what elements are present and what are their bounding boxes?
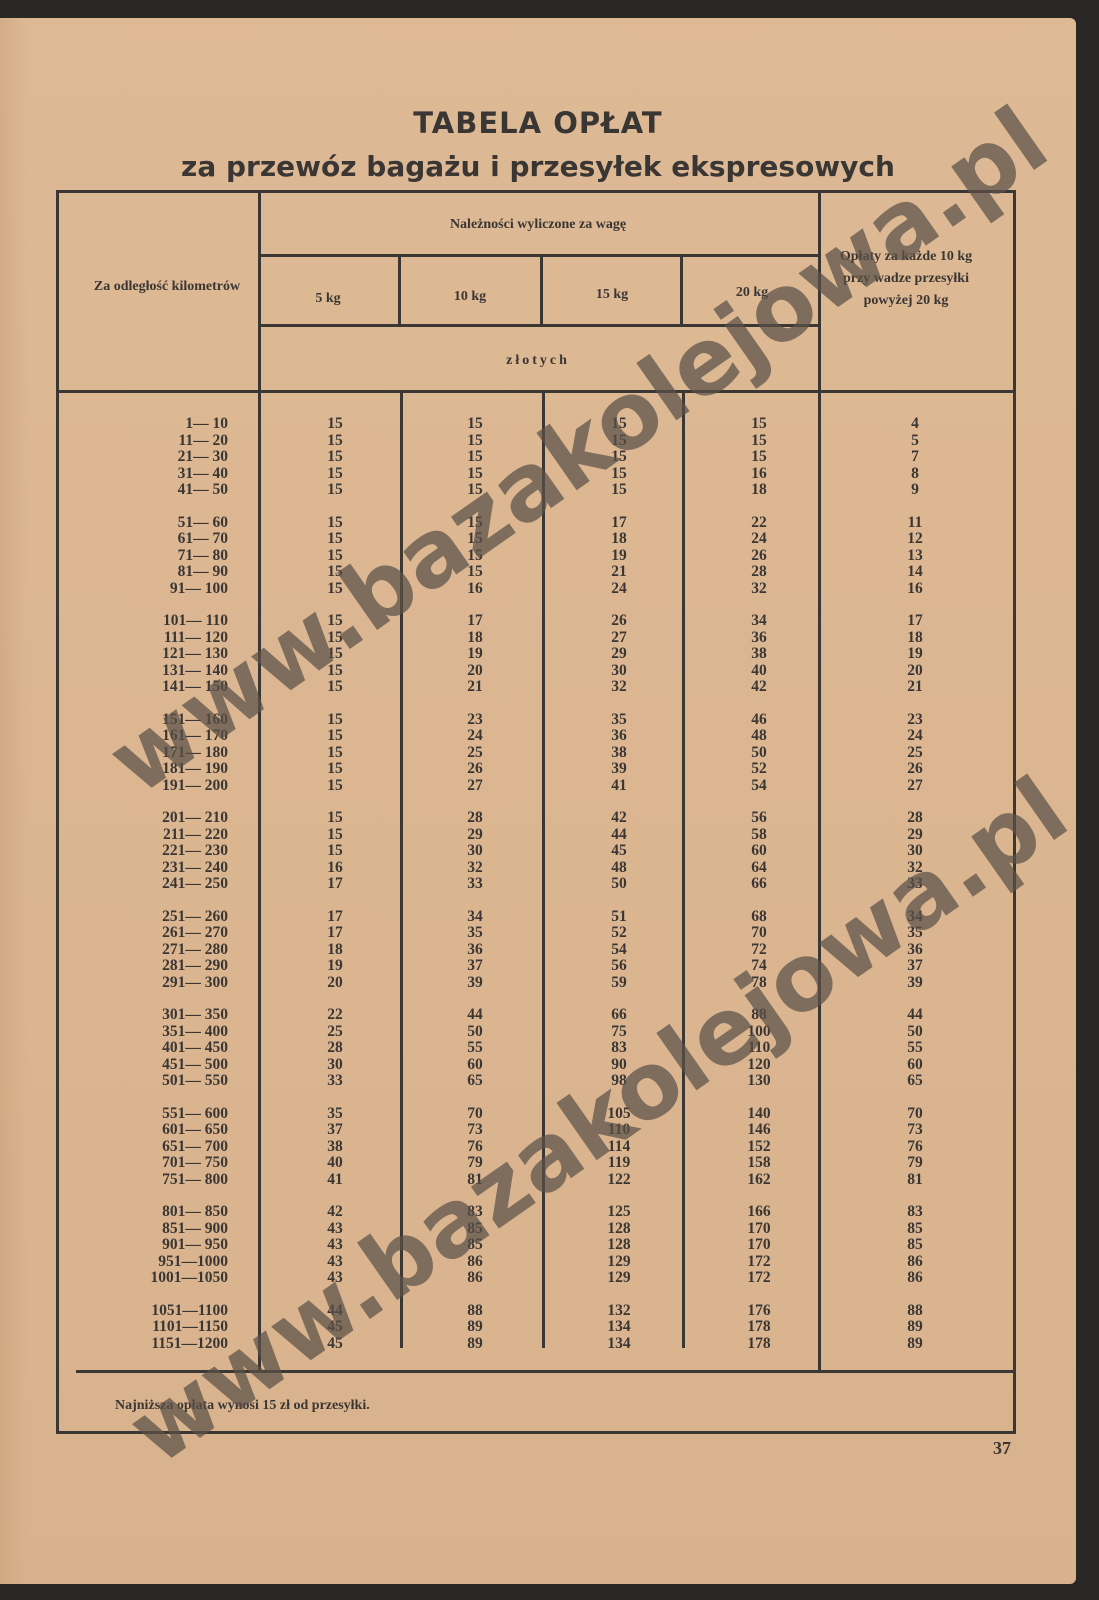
table-cell: 30 [880,843,950,860]
table-cell: 86 [440,1254,510,1271]
table-cell: 56 [724,810,794,827]
table-cell: 162 [724,1172,794,1189]
row-group: 1515151515 [300,712,370,795]
header-15kg: 15 kg [542,284,682,306]
table-cell: 120 [724,1057,794,1074]
table-cell: 42 [300,1204,370,1221]
table-cell: 15 [440,449,510,466]
table-cell: 9 [880,482,950,499]
header-10kg: 10 kg [400,286,540,308]
table-cell: 15 [300,827,370,844]
table-cell: 33 [440,876,510,893]
table-cell: 15 [584,416,654,433]
table-cell: 451— 500 [110,1057,228,1074]
table-cell: 89 [880,1336,950,1353]
table-cell: 15 [300,778,370,795]
row-group: 2225283033 [300,1007,370,1090]
table-cell: 16 [300,860,370,877]
table-cell: 58 [724,827,794,844]
row-group: 7073767981 [880,1106,950,1189]
table-cell: 101— 110 [110,613,228,630]
table-cell: 21 [440,679,510,696]
table-cell: 15 [300,761,370,778]
table-cell: 64 [724,860,794,877]
table-cell: 60 [724,843,794,860]
body-divider-10kg [542,393,545,1348]
table-cell: 11— 20 [110,433,228,450]
header-5kg: 5 kg [258,288,398,310]
table-cell: 66 [584,1007,654,1024]
table-cell: 28 [300,1040,370,1057]
table-cell: 15 [724,433,794,450]
table-cell: 551— 600 [110,1106,228,1123]
table-cell: 170 [724,1221,794,1238]
table-cell: 15 [584,466,654,483]
row-group: 3436384042 [724,613,794,696]
table-cell: 56 [584,958,654,975]
row-group: 140146152158162 [724,1106,794,1189]
row-group: 1515151515 [300,613,370,696]
table-cell: 52 [584,925,654,942]
row-group: 1515151515 [584,416,654,499]
table-cell: 25 [440,745,510,762]
table-cell: 85 [440,1237,510,1254]
table-cell: 20 [880,663,950,680]
col-divider-weights [818,190,821,1370]
row-group: 2324252627 [880,712,950,795]
table-cell: 15 [300,679,370,696]
table-cell: 26 [724,548,794,565]
table-cell: 85 [880,1221,950,1238]
row-group: 444545 [300,1303,370,1353]
table-cell: 19 [584,548,654,565]
row-group: 8385858686 [880,1204,950,1287]
table-cell: 15 [300,482,370,499]
table-cell: 140 [724,1106,794,1123]
table-cell: 39 [440,975,510,992]
table-cell: 16 [440,581,510,598]
table-cell: 86 [880,1254,950,1271]
table-cell: 90 [584,1057,654,1074]
table-cell: 15 [440,531,510,548]
table-cell: 37 [300,1122,370,1139]
header-currency: złotych [258,350,818,372]
table-cell: 33 [300,1073,370,1090]
table-cell: 51 [584,909,654,926]
body-divider-15kg [682,393,685,1348]
table-cell: 48 [584,860,654,877]
table-cell: 70 [724,925,794,942]
table-cell: 15 [300,630,370,647]
table-cell: 15 [300,564,370,581]
document-page: TABELA OPŁAT za przewóz bagażu i przesył… [0,18,1076,1584]
table-cell: 29 [584,646,654,663]
table-cell: 22 [300,1007,370,1024]
row-group: 3536383941 [584,712,654,795]
row-group: 166170170172172 [724,1204,794,1287]
table-cell: 54 [724,778,794,795]
table-cell: 129 [584,1254,654,1271]
table-cell: 172 [724,1270,794,1287]
table-cell: 1051—1100 [110,1303,228,1320]
table-cell: 32 [724,581,794,598]
table-cell: 26 [880,761,950,778]
column-20kg: 1515151618222426283234363840424648505254… [724,416,794,1368]
table-cell: 15 [300,646,370,663]
table-cell: 15 [584,482,654,499]
header-distance: Za odległość kilometrów [92,276,242,298]
header-weight-group: Należności wyliczone za wagę [258,214,818,236]
row-group: 1717181920 [300,909,370,992]
table-cell: 181— 190 [110,761,228,778]
table-cell: 88 [440,1303,510,1320]
table-cell: 176 [724,1303,794,1320]
row-group: 101— 110111— 120121— 130131— 140141— 150 [110,613,228,696]
table-cell: 33 [880,876,950,893]
table-cell: 21 [880,679,950,696]
row-group: 251— 260261— 270271— 280281— 290291— 300 [110,909,228,992]
table-cell: 17 [880,613,950,630]
row-group: 888989 [440,1303,510,1353]
table-cell: 121— 130 [110,646,228,663]
table-cell: 74 [724,958,794,975]
table-cell: 30 [300,1057,370,1074]
table-cell: 41 [300,1172,370,1189]
table-cell: 24 [584,581,654,598]
table-cell: 29 [880,827,950,844]
row-group: 176178178 [724,1303,794,1353]
table-cell: 5 [880,433,950,450]
table-cell: 170 [724,1237,794,1254]
row-group: 51— 6061— 7071— 8081— 9091— 100 [110,515,228,598]
table-cell: 15 [300,466,370,483]
table-cell: 50 [584,876,654,893]
row-group: 3537384041 [300,1106,370,1189]
table-cell: 50 [880,1024,950,1041]
table-cell: 241— 250 [110,876,228,893]
table-cell: 91— 100 [110,581,228,598]
table-cell: 83 [584,1040,654,1057]
table-cell: 351— 400 [110,1024,228,1041]
table-cell: 28 [724,564,794,581]
table-cell: 132 [584,1303,654,1320]
table-cell: 211— 220 [110,827,228,844]
table-cell: 146 [724,1122,794,1139]
table-cell: 83 [440,1204,510,1221]
row-group: 1515151617 [300,810,370,893]
table-cell: 75 [584,1024,654,1041]
table-cell: 28 [440,810,510,827]
table-cell: 60 [440,1057,510,1074]
table-cell: 76 [440,1139,510,1156]
table-cell: 130 [724,1073,794,1090]
table-cell: 78 [724,975,794,992]
table-cell: 18 [724,482,794,499]
table-cell: 39 [880,975,950,992]
row-group: 3435363739 [440,909,510,992]
table-cell: 30 [584,663,654,680]
table-cell: 18 [880,630,950,647]
table-cell: 100 [724,1024,794,1041]
table-cell: 24 [880,728,950,745]
table-cell: 25 [880,745,950,762]
table-cell: 119 [584,1155,654,1172]
table-cell: 34 [440,909,510,926]
table-cell: 38 [724,646,794,663]
table-cell: 281— 290 [110,958,228,975]
table-cell: 37 [440,958,510,975]
row-group: 105110114119122 [584,1106,654,1189]
table-bottom-rule [76,1370,1016,1373]
table-cell: 105 [584,1106,654,1123]
table-cell: 128 [584,1221,654,1238]
table-cell: 43 [300,1237,370,1254]
header-divider-weight [258,254,818,257]
table-cell: 15 [300,515,370,532]
table-cell: 231— 240 [110,860,228,877]
table-cell: 291— 300 [110,975,228,992]
table-cell: 34 [880,909,950,926]
table-cell: 15 [300,433,370,450]
table-cell: 15 [724,449,794,466]
row-group: 2224262832 [724,515,794,598]
table-cell: 45 [300,1319,370,1336]
table-cell: 401— 450 [110,1040,228,1057]
table-cell: 15 [440,515,510,532]
table-cell: 951—1000 [110,1254,228,1271]
table-cell: 1101—1150 [110,1319,228,1336]
table-cell: 24 [724,531,794,548]
row-group: 1718192021 [440,613,510,696]
table-cell: 1— 10 [110,416,228,433]
table-cell: 55 [440,1040,510,1057]
table-cell: 16 [724,466,794,483]
table-cell: 152 [724,1139,794,1156]
column-5kg: 1515151515151515151515151515151515151515… [300,416,370,1368]
row-group: 1051—11001101—11501151—1200 [110,1303,228,1353]
table-cell: 36 [440,942,510,959]
row-group: 125128128129129 [584,1204,654,1287]
table-cell: 8 [880,466,950,483]
table-cell: 26 [440,761,510,778]
row-group: 1515151515 [300,515,370,598]
table-cell: 128 [584,1237,654,1254]
table-cell: 18 [300,942,370,959]
table-cell: 16 [880,581,950,598]
table-cell: 172 [724,1254,794,1271]
table-cell: 15 [300,416,370,433]
row-group: 2627293032 [584,613,654,696]
table-cell: 15 [440,466,510,483]
table-cell: 901— 950 [110,1237,228,1254]
table-cell: 1001—1050 [110,1270,228,1287]
table-cell: 46 [724,712,794,729]
table-cell: 65 [880,1073,950,1090]
header-bottom-rule [56,390,1016,393]
table-cell: 17 [300,909,370,926]
table-cell: 61— 70 [110,531,228,548]
table-cell: 851— 900 [110,1221,228,1238]
table-cell: 271— 280 [110,942,228,959]
table-cell: 41 [584,778,654,795]
row-group: 151— 160161— 170171— 180181— 190191— 200 [110,712,228,795]
row-group: 4450556065 [880,1007,950,1090]
table-cell: 88 [724,1007,794,1024]
table-cell: 801— 850 [110,1204,228,1221]
header-divider-weights [258,324,818,327]
table-cell: 68 [724,909,794,926]
table-cell: 178 [724,1336,794,1353]
row-group: 4450556065 [440,1007,510,1090]
table-cell: 171— 180 [110,745,228,762]
table-cell: 114 [584,1139,654,1156]
table-cell: 24 [440,728,510,745]
table-cell: 15 [300,581,370,598]
header-surcharge: Opłaty za każde 10 kg przy wadze przesył… [826,246,986,312]
table-cell: 35 [300,1106,370,1123]
table-cell: 66 [724,876,794,893]
table-cell: 60 [880,1057,950,1074]
table-cell: 41— 50 [110,482,228,499]
table-cell: 27 [584,630,654,647]
row-group: 4244454850 [584,810,654,893]
table-cell: 70 [880,1106,950,1123]
table-cell: 89 [440,1336,510,1353]
table-cell: 28 [880,810,950,827]
row-group: 6870727478 [724,909,794,992]
table-cell: 36 [880,942,950,959]
table-cell: 15 [440,564,510,581]
column-surcharge: 4578911121314161718192021232425262728293… [880,416,950,1368]
table-cell: 15 [300,810,370,827]
table-cell: 15 [300,745,370,762]
row-group: 2324252627 [440,712,510,795]
table-cell: 12 [880,531,950,548]
table-cell: 35 [880,925,950,942]
table-cell: 251— 260 [110,909,228,926]
table-cell: 15 [300,613,370,630]
table-cell: 15 [440,433,510,450]
table-cell: 38 [584,745,654,762]
table-cell: 17 [440,613,510,630]
table-cell: 261— 270 [110,925,228,942]
row-group: 1515151515 [440,416,510,499]
table-cell: 15 [440,482,510,499]
table-cell: 52 [724,761,794,778]
table-cell: 89 [440,1319,510,1336]
table-cell: 134 [584,1336,654,1353]
table-cell: 111— 120 [110,630,228,647]
table-cell: 22 [724,515,794,532]
row-group: 888989 [880,1303,950,1353]
table-cell: 21 [584,564,654,581]
table-cell: 35 [584,712,654,729]
table-cell: 42 [724,679,794,696]
table-cell: 98 [584,1073,654,1090]
row-group: 132134134 [584,1303,654,1353]
table-cell: 23 [440,712,510,729]
table-cell: 13 [880,548,950,565]
table-cell: 158 [724,1155,794,1172]
table-cell: 45 [584,843,654,860]
table-cell: 85 [880,1237,950,1254]
table-cell: 29 [440,827,510,844]
table-cell: 21— 30 [110,449,228,466]
row-group: 801— 850851— 900901— 950951—10001001—105… [110,1204,228,1287]
table-cell: 88 [880,1303,950,1320]
table-cell: 59 [584,975,654,992]
row-group: 301— 350351— 400401— 450451— 500501— 550 [110,1007,228,1090]
page-number: 37 [993,1438,1011,1459]
table-cell: 701— 750 [110,1155,228,1172]
table-cell: 20 [440,663,510,680]
table-cell: 15 [724,416,794,433]
row-group: 1718192124 [584,515,654,598]
table-cell: 19 [300,958,370,975]
table-cell: 15 [440,416,510,433]
row-group: 5658606466 [724,810,794,893]
column-10kg: 1515151515151515151617181920212324252627… [440,416,510,1368]
table-cell: 51— 60 [110,515,228,532]
row-group: 7073767981 [440,1106,510,1189]
table-cell: 43 [300,1270,370,1287]
table-cell: 17 [300,925,370,942]
page-subtitle: za przewóz bagażu i przesyłek ekspresowy… [0,150,1076,183]
table-cell: 50 [724,745,794,762]
table-cell: 19 [440,646,510,663]
table-cell: 73 [440,1122,510,1139]
table-cell: 35 [440,925,510,942]
table-cell: 18 [440,630,510,647]
table-cell: 15 [584,449,654,466]
table-cell: 40 [300,1155,370,1172]
table-cell: 79 [440,1155,510,1172]
table-cell: 7 [880,449,950,466]
table-cell: 83 [880,1204,950,1221]
row-group: 1112131416 [880,515,950,598]
table-cell: 39 [584,761,654,778]
table-cell: 301— 350 [110,1007,228,1024]
row-group: 8385858686 [440,1204,510,1287]
table-cell: 55 [880,1040,950,1057]
row-group: 5152545659 [584,909,654,992]
table-cell: 17 [300,876,370,893]
table-cell: 15 [300,531,370,548]
table-cell: 36 [584,728,654,745]
row-group: 1515151515 [300,416,370,499]
table-cell: 30 [440,843,510,860]
table-cell: 34 [724,613,794,630]
table-cell: 37 [880,958,950,975]
row-group: 2829303233 [440,810,510,893]
table-cell: 44 [440,1007,510,1024]
table-cell: 43 [300,1254,370,1271]
row-group: 4243434343 [300,1204,370,1287]
table-cell: 651— 700 [110,1139,228,1156]
header-20kg: 20 kg [682,282,822,304]
table-cell: 110 [584,1122,654,1139]
table-cell: 45 [300,1336,370,1353]
row-group: 1515151618 [724,416,794,499]
table-cell: 72 [724,942,794,959]
table-cell: 1151—1200 [110,1336,228,1353]
minimum-fee-note: Najniższa opłata wynosi 15 zł od przesył… [115,1398,370,1414]
table-cell: 110 [724,1040,794,1057]
row-group: 1— 1011— 2021— 3031— 4041— 50 [110,416,228,499]
table-cell: 32 [584,679,654,696]
table-cell: 191— 200 [110,778,228,795]
table-cell: 178 [724,1319,794,1336]
